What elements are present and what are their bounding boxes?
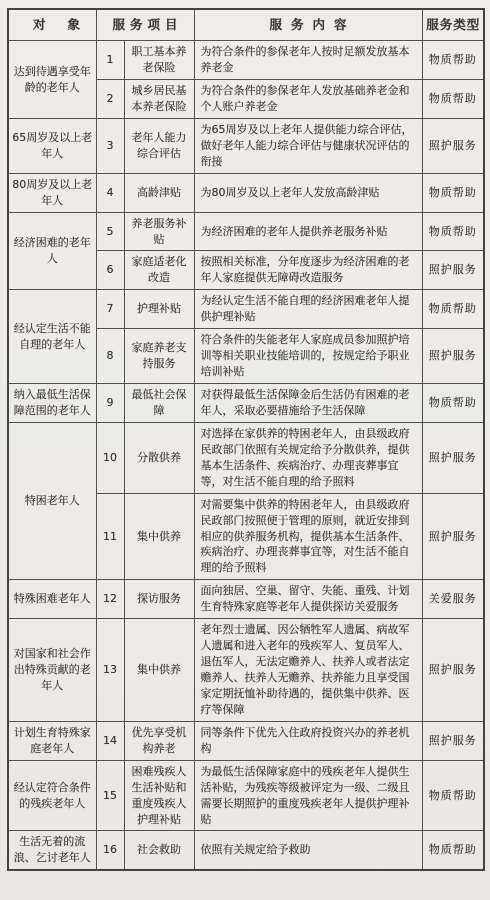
scanned-document-page: 对象 服务项目 服务内容 服务类型 达到待遇享受年龄的老年人 1 职工基本养老保… (0, 0, 490, 900)
object-cell: 生活无着的流浪、乞讨老年人 (8, 831, 96, 870)
row-number: 8 (96, 329, 124, 384)
service-item-cell: 养老服务补贴 (124, 212, 194, 251)
service-content-cell: 依照有关规定给予救助 (194, 831, 422, 870)
object-cell: 80周岁及以上老年人 (8, 173, 96, 212)
service-type-cell: 物质帮助 (422, 831, 484, 870)
service-item-cell: 社会救助 (124, 831, 194, 870)
service-item-cell: 困难残疾人生活补贴和重度残疾人护理补贴 (124, 760, 194, 831)
row-number: 15 (96, 760, 124, 831)
table-row: 特困老年人 10 分散供养 对选择在家供养的特困老年人，由县级政府民政部门依照有… (8, 422, 484, 493)
service-type-cell: 关爱服务 (422, 580, 484, 619)
service-type-cell: 物质帮助 (422, 760, 484, 831)
service-type-cell: 物质帮助 (422, 41, 484, 80)
service-type-cell: 物质帮助 (422, 80, 484, 119)
service-type-cell: 物质帮助 (422, 212, 484, 251)
object-cell: 经认定生活不能自理的老年人 (8, 290, 96, 384)
row-number: 5 (96, 212, 124, 251)
service-content-cell: 为符合条件的参保老年人发放基础养老金和个人账户养老金 (194, 80, 422, 119)
service-type-cell: 照护服务 (422, 118, 484, 173)
object-cell: 经济困难的老年人 (8, 212, 96, 290)
service-content-cell: 面向独居、空巢、留守、失能、重残、计划生育特殊家庭等老年人提供探访关爱服务 (194, 580, 422, 619)
row-number: 9 (96, 384, 124, 423)
service-item-cell: 城乡居民基本养老保险 (124, 80, 194, 119)
service-type-cell: 照护服务 (422, 329, 484, 384)
service-item-cell: 优先享受机构养老 (124, 721, 194, 760)
header-service-type: 服务类型 (422, 9, 484, 41)
service-content-cell: 为符合条件的参保老年人按时足额发放基本养老金 (194, 41, 422, 80)
service-type-cell: 照护服务 (422, 721, 484, 760)
header-row: 对象 服务项目 服务内容 服务类型 (8, 9, 484, 41)
table-row: 65周岁及以上老年人 3 老年人能力综合评估 为65周岁及以上老年人提供能力综合… (8, 118, 484, 173)
service-content-cell: 对获得最低生活保障金后生活仍有困难的老年人，采取必要措施给予生活保障 (194, 384, 422, 423)
object-cell: 65周岁及以上老年人 (8, 118, 96, 173)
service-type-cell: 照护服务 (422, 493, 484, 580)
row-number: 16 (96, 831, 124, 870)
service-item-cell: 老年人能力综合评估 (124, 118, 194, 173)
row-number: 2 (96, 80, 124, 119)
service-item-cell: 集中供养 (124, 493, 194, 580)
service-item-cell: 分散供养 (124, 422, 194, 493)
row-number: 7 (96, 290, 124, 329)
row-number: 10 (96, 422, 124, 493)
service-item-cell: 高龄津贴 (124, 173, 194, 212)
table-row: 达到待遇享受年龄的老年人 1 职工基本养老保险 为符合条件的参保老年人按时足额发… (8, 41, 484, 80)
row-number: 3 (96, 118, 124, 173)
table-row: 计划生育特殊家庭老年人 14 优先享受机构养老 同等条件下优先入住政府投资兴办的… (8, 721, 484, 760)
service-content-cell: 为80周岁及以上老年人发放高龄津贴 (194, 173, 422, 212)
table-row: 对国家和社会作出特殊贡献的老年人 13 集中供养 老年烈士遗属、因公牺牲军人遗属… (8, 619, 484, 722)
service-type-cell: 物质帮助 (422, 290, 484, 329)
service-type-cell: 照护服务 (422, 619, 484, 722)
header-object: 对象 (8, 9, 96, 41)
service-content-cell: 老年烈士遗属、因公牺牲军人遗属、病故军人遗属和进入老年的残疾军人、复员军人、退伍… (194, 619, 422, 722)
table-row: 经济困难的老年人 5 养老服务补贴 为经济困难的老年人提供养老服务补贴 物质帮助 (8, 212, 484, 251)
service-type-cell: 物质帮助 (422, 173, 484, 212)
service-content-cell: 为最低生活保障家庭中的残疾老年人提供生活补贴，为残疾等级被评定为一级、二级且需要… (194, 760, 422, 831)
table-row: 经认定符合条件的残疾老年人 15 困难残疾人生活补贴和重度残疾人护理补贴 为最低… (8, 760, 484, 831)
object-cell: 经认定符合条件的残疾老年人 (8, 760, 96, 831)
service-item-cell: 家庭养老支持服务 (124, 329, 194, 384)
table-row: 80周岁及以上老年人 4 高龄津贴 为80周岁及以上老年人发放高龄津贴 物质帮助 (8, 173, 484, 212)
service-type-cell: 照护服务 (422, 422, 484, 493)
service-item-cell: 最低社会保障 (124, 384, 194, 423)
service-item-cell: 职工基本养老保险 (124, 41, 194, 80)
row-number: 13 (96, 619, 124, 722)
service-content-cell: 对选择在家供养的特困老年人，由县级政府民政部门依照有关规定给予分散供养，提供基本… (194, 422, 422, 493)
service-content-cell: 为65周岁及以上老年人提供能力综合评估，做好老年人能力综合评估与健康状况评估的衔… (194, 118, 422, 173)
service-type-cell: 照护服务 (422, 251, 484, 290)
object-cell: 对国家和社会作出特殊贡献的老年人 (8, 619, 96, 722)
header-service-content: 服务内容 (194, 9, 422, 41)
service-content-cell: 对需要集中供养的特困老年人，由县级政府民政部门按照便于管理的原则，就近安排到相应… (194, 493, 422, 580)
service-content-cell: 为经济困难的老年人提供养老服务补贴 (194, 212, 422, 251)
row-number: 14 (96, 721, 124, 760)
service-content-cell: 同等条件下优先入住政府投资兴办的养老机构 (194, 721, 422, 760)
service-item-cell: 护理补贴 (124, 290, 194, 329)
object-cell: 达到待遇享受年龄的老年人 (8, 41, 96, 119)
object-cell: 纳入最低生活保障范围的老年人 (8, 384, 96, 423)
row-number: 6 (96, 251, 124, 290)
row-number: 12 (96, 580, 124, 619)
service-type-cell: 物质帮助 (422, 384, 484, 423)
table-row: 生活无着的流浪、乞讨老年人 16 社会救助 依照有关规定给予救助 物质帮助 (8, 831, 484, 870)
service-content-cell: 符合条件的失能老年人家庭成员参加照护培训等相关职业技能培训的，按规定给予职业培训… (194, 329, 422, 384)
object-cell: 特困老年人 (8, 422, 96, 579)
object-cell: 特殊困难老年人 (8, 580, 96, 619)
services-table: 对象 服务项目 服务内容 服务类型 达到待遇享受年龄的老年人 1 职工基本养老保… (7, 8, 485, 871)
service-content-cell: 为经认定生活不能自理的经济困难老年人提供护理补贴 (194, 290, 422, 329)
table-row: 经认定生活不能自理的老年人 7 护理补贴 为经认定生活不能自理的经济困难老年人提… (8, 290, 484, 329)
header-service-item: 服务项目 (96, 9, 194, 41)
row-number: 11 (96, 493, 124, 580)
table-row: 纳入最低生活保障范围的老年人 9 最低社会保障 对获得最低生活保障金后生活仍有困… (8, 384, 484, 423)
service-content-cell: 按照相关标准，分年度逐步为经济困难的老年人家庭提供无障碍改造服务 (194, 251, 422, 290)
table-row: 特殊困难老年人 12 探访服务 面向独居、空巢、留守、失能、重残、计划生育特殊家… (8, 580, 484, 619)
row-number: 4 (96, 173, 124, 212)
object-cell: 计划生育特殊家庭老年人 (8, 721, 96, 760)
service-item-cell: 探访服务 (124, 580, 194, 619)
row-number: 1 (96, 41, 124, 80)
service-item-cell: 家庭适老化改造 (124, 251, 194, 290)
service-item-cell: 集中供养 (124, 619, 194, 722)
